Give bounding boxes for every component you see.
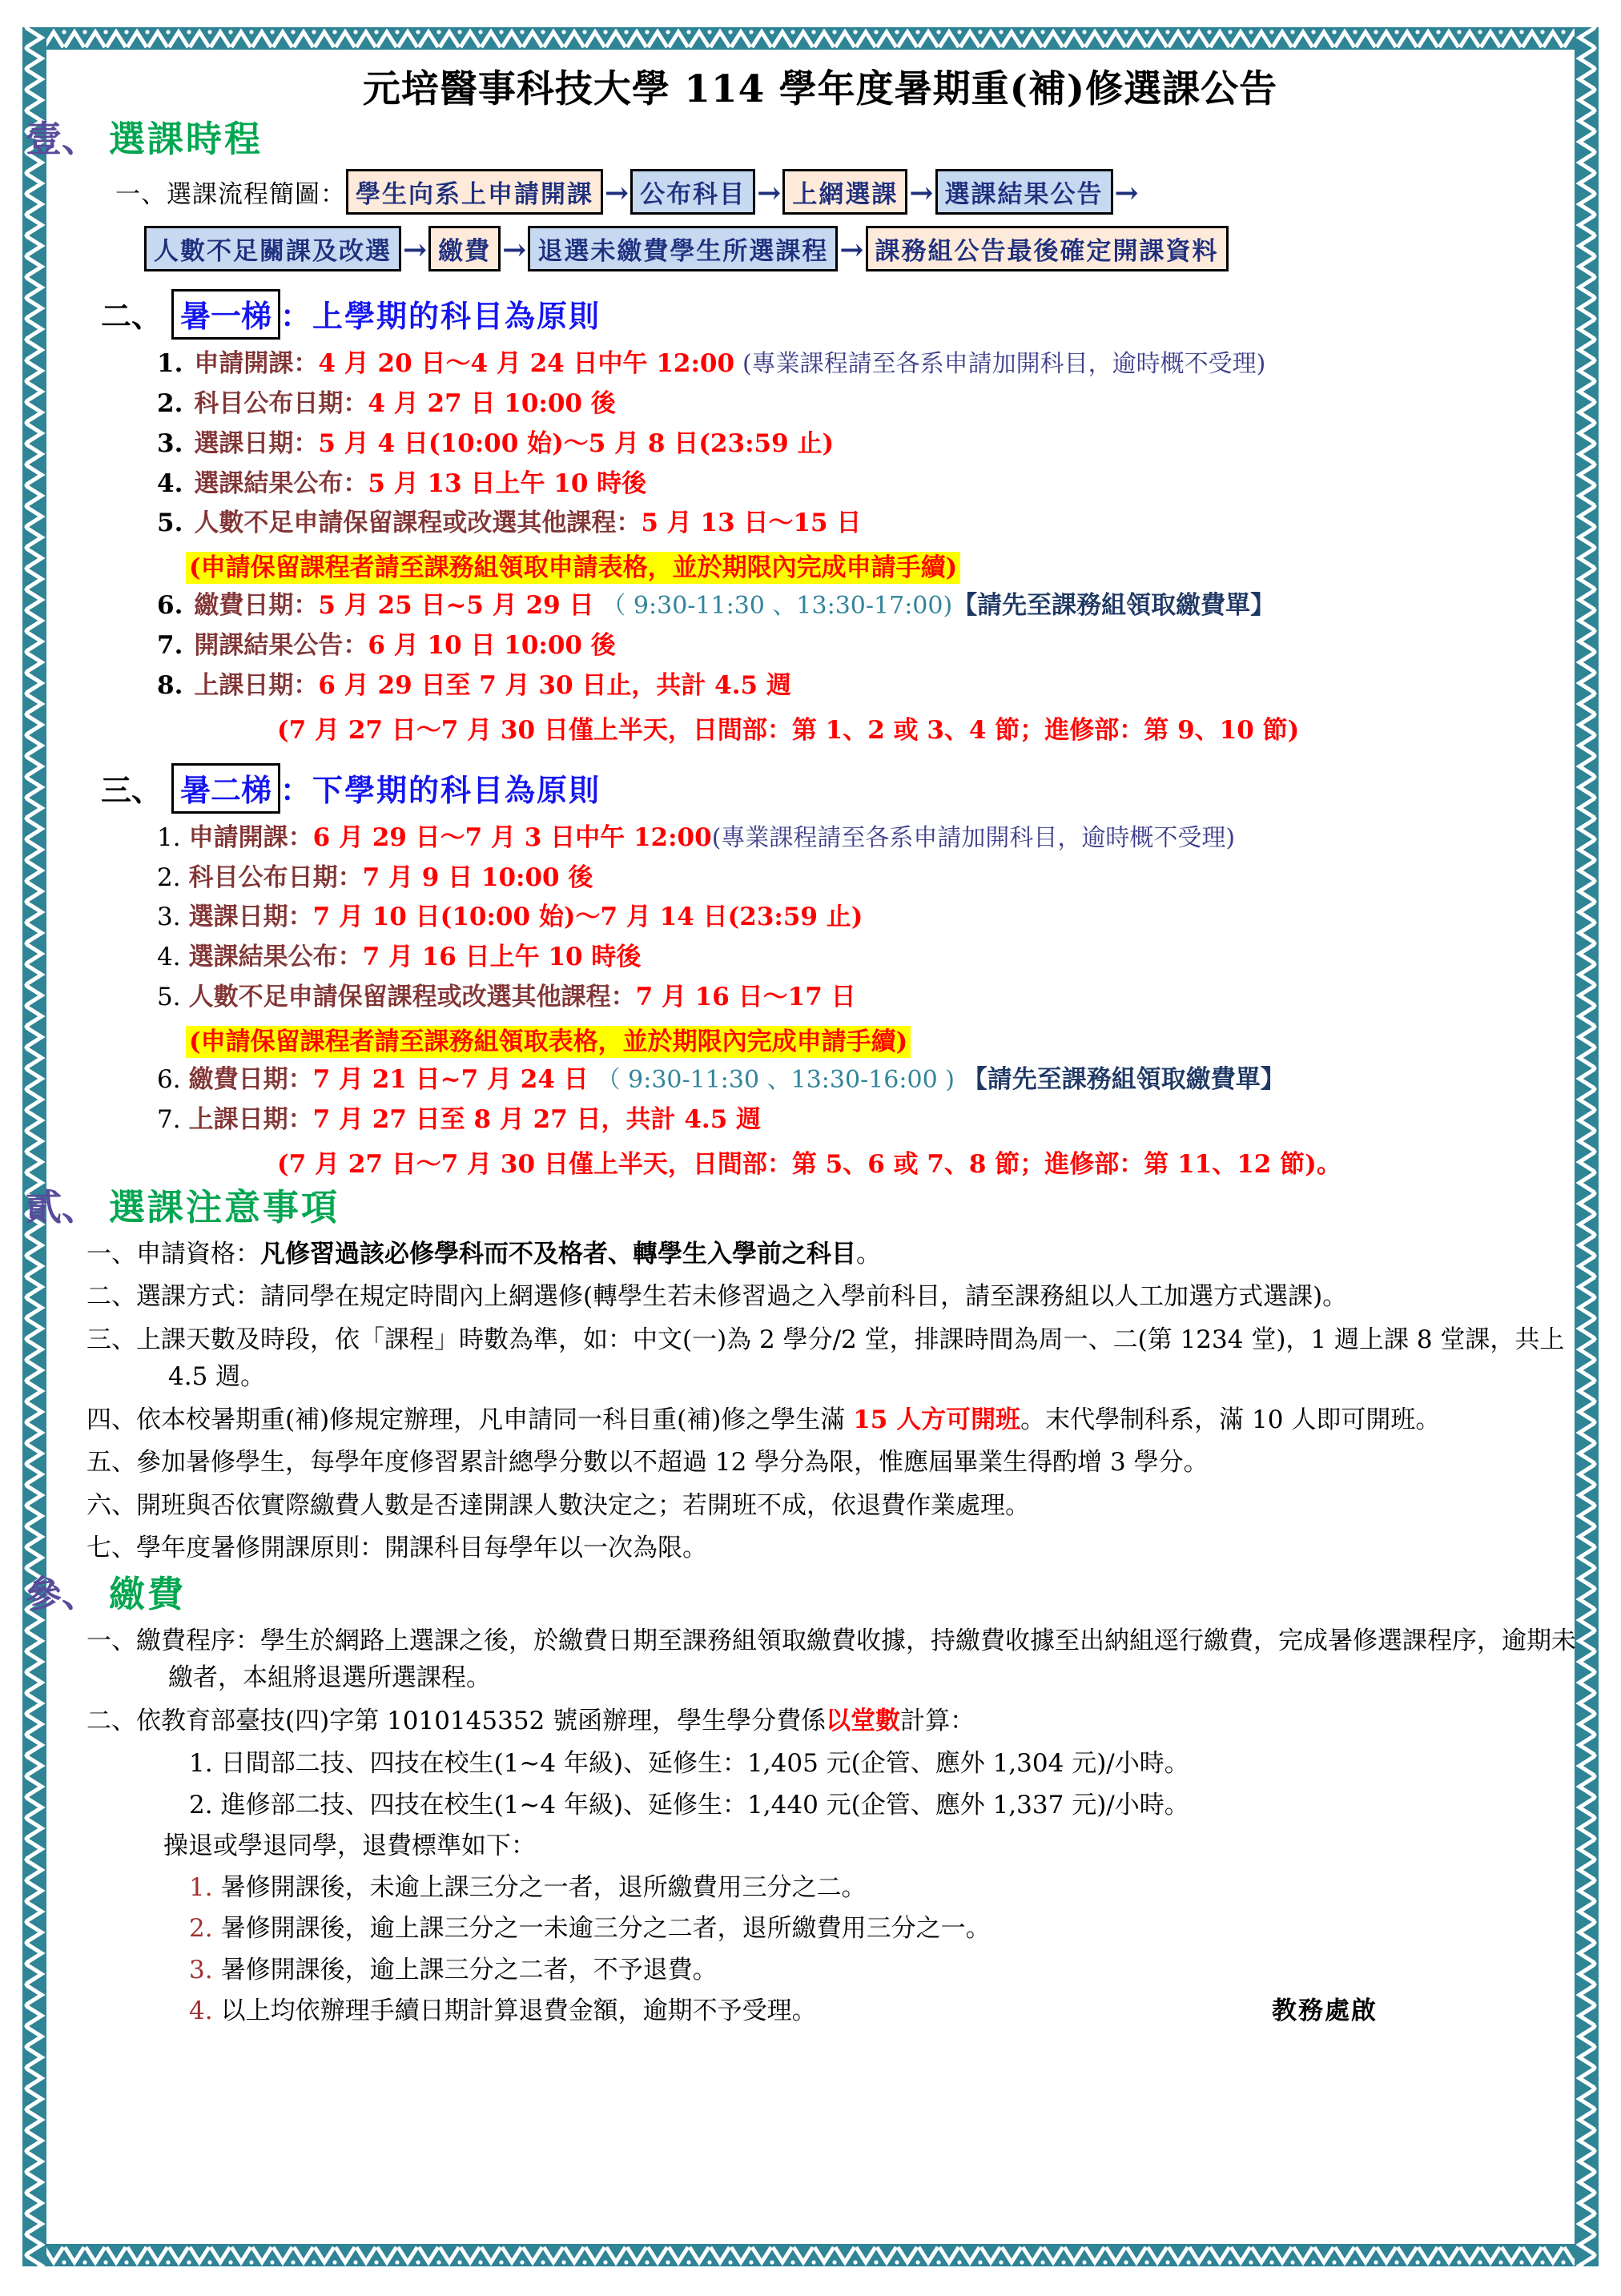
- refund-number: 2.: [189, 1914, 213, 1943]
- payment-bracket-note: 【請先至課務組領取繳費單】: [963, 1065, 1285, 1094]
- arrow-icon: →: [501, 233, 528, 267]
- payment-item: 一、繳費程序：學生於網路上選課之後，於繳費日期至課務組領取繳費收據，持繳費收據至…: [86, 1622, 1578, 1697]
- item-date: 7 月 16 日～17 日: [636, 983, 856, 1011]
- item-label: 選課日期：: [189, 903, 313, 931]
- item-label: 繳費日期：: [194, 591, 318, 620]
- notice-marker: 七、: [86, 1534, 136, 1562]
- item-date: 5 月 13 日～15 日: [641, 509, 861, 537]
- notice-item: 五、參加暑修學生，每學年度修習累計總學分數以不超過 12 學分為限，惟應屆畢業生…: [86, 1444, 1578, 1482]
- item-number: 5.: [157, 509, 183, 537]
- border-right-zigzag: [1575, 27, 1599, 2266]
- item-date: 4 月 27 日 10:00 後: [368, 389, 615, 418]
- schedule-item: 8.上課日期：6 月 29 日至 7 月 30 日止，共計 4.5 週: [157, 669, 1578, 703]
- class-time-note: (7 月 27 日～7 月 30 日僅上半天，日間部：第 5、6 或 7、8 節…: [277, 1144, 1578, 1180]
- item-date: 7 月 27 日至 8 月 27 日，共計 4.5 週: [313, 1105, 761, 1134]
- fee-number: 1.: [189, 1749, 213, 1778]
- refund-number: 3.: [189, 1956, 213, 1984]
- item-label: 選課結果公布：: [194, 469, 368, 498]
- flowchart-label: 一、選課流程簡圖：: [115, 180, 346, 209]
- payment-hours: （ 9:30-11:30 、13:30-16:00 ): [597, 1066, 955, 1094]
- fee-number: 2.: [189, 1791, 213, 1820]
- notice-marker: 一、: [86, 1627, 136, 1655]
- notice-marker: 五、: [86, 1448, 136, 1477]
- batch-heading-text: ：下學期的科目為原則: [280, 772, 601, 808]
- notice-marker: 一、: [86, 1240, 136, 1269]
- item-label: 繳費日期：: [189, 1065, 313, 1094]
- section-number: 貳、: [26, 1186, 98, 1228]
- schedule-item: 6.繳費日期：5 月 25 日~5 月 29 日 （ 9:30-11:30 、1…: [157, 589, 1578, 623]
- item-label: 科目公布日期：: [194, 389, 368, 418]
- schedule-item: 5.人數不足申請保留課程或改選其他課程：7 月 16 日～17 日: [157, 981, 1578, 1015]
- item-label: 人數不足申請保留課程或改選其他課程：: [189, 983, 636, 1011]
- item-number: 8.: [157, 671, 183, 700]
- item-date: 7 月 21 日~7 月 24 日: [313, 1065, 589, 1094]
- item-label: 上課日期：: [189, 1105, 313, 1134]
- notice-marker: 六、: [86, 1491, 136, 1520]
- item-date: 7 月 9 日 10:00 後: [363, 863, 593, 892]
- schedule-item: 2.科目公布日期：4 月 27 日 10:00 後: [157, 388, 1578, 421]
- item-number: 1.: [157, 349, 183, 378]
- notice-item: 四、依本校暑期重(補)修規定辦理，凡申請同一科目重(補)修之學生滿 15 人方可…: [86, 1401, 1578, 1439]
- refund-item: 教務處啟4.以上均依辦理手續日期計算退費金額，逾期不予受理。: [189, 1992, 1578, 2030]
- item-date: 5 月 4 日(10:00 始)～5 月 8 日(23:59 止): [318, 429, 834, 458]
- section-title: 繳費: [109, 1573, 186, 1615]
- arrow-icon: →: [755, 176, 782, 210]
- item-label: 科目公布日期：: [189, 863, 363, 892]
- section-number: 壹、: [26, 118, 98, 160]
- schedule-item: 3.選課日期：7 月 10 日(10:00 始)～7 月 14 日(23:59 …: [157, 901, 1578, 935]
- batch2-schedule-list: 1.申請開課：6 月 29 日～7 月 3 日中午 12:00(專業課程請至各系…: [157, 822, 1578, 1180]
- flowchart-row-2: 人數不足關課及改選→繳費→退選未繳費學生所選課程→課務組公告最後確定開課資料: [144, 226, 1578, 271]
- flow-box: 人數不足關課及改選: [144, 226, 401, 271]
- payment-hours: （ 9:30-11:30 、13:30-17:00): [601, 592, 952, 620]
- flow-box: 課務組公告最後確定開課資料: [866, 226, 1229, 271]
- item-number: 5.: [157, 983, 181, 1011]
- item-date: 6 月 10 日 10:00 後: [368, 631, 615, 660]
- item-number: 2.: [157, 389, 183, 418]
- item-number: 2.: [157, 863, 181, 892]
- schedule-item: 2.科目公布日期：7 月 9 日 10:00 後: [157, 862, 1578, 895]
- item-label: 選課日期：: [194, 429, 318, 458]
- arrow-icon: →: [401, 233, 428, 267]
- item-note: (專業課程請至各系申請加開科目，逾時概不受理): [742, 350, 1265, 378]
- page-title: 元培醫事科技大學 114 學年度暑期重(補)修選課公告: [62, 59, 1578, 113]
- office-signoff: 教務處啟: [1272, 1992, 1378, 2030]
- item-number: 3.: [157, 903, 181, 931]
- section-heading-2: 貳、選課注意事項: [26, 1186, 1578, 1229]
- refund-number: 1.: [189, 1873, 213, 1902]
- flow-box: 繳費: [428, 226, 501, 271]
- flowchart: 一、選課流程簡圖：學生向系上申請開課→公布科目→上網選課→選課結果公告→ 人數不…: [115, 169, 1578, 271]
- item-date: 6 月 29 日至 7 月 30 日止，共計 4.5 週: [318, 671, 790, 700]
- section-title: 選課時程: [109, 118, 263, 160]
- batch1-schedule-list: 1.申請開課：4 月 20 日～4 月 24 日中午 12:00 (專業課程請至…: [157, 348, 1578, 746]
- batch1-heading: 二、暑一梯：上學期的科目為原則: [101, 289, 1578, 340]
- batch-boxed-label: 暑一梯: [171, 289, 280, 340]
- item-date: 6 月 29 日～7 月 3 日中午 12:00: [313, 823, 712, 852]
- schedule-item: 7.上課日期：7 月 27 日至 8 月 27 日，共計 4.5 週: [157, 1104, 1578, 1137]
- item-label: 選課結果公布：: [189, 943, 363, 971]
- flow-box: 學生向系上申請開課: [346, 169, 603, 215]
- schedule-item: 1.申請開課：6 月 29 日～7 月 3 日中午 12:00(專業課程請至各系…: [157, 822, 1578, 855]
- schedule-item: 5.人數不足申請保留課程或改選其他課程：5 月 13 日～15 日: [157, 507, 1578, 541]
- payment-bracket-note: 【請先至課務組領取繳費單】: [952, 591, 1275, 620]
- batch-number: 二、: [101, 298, 162, 334]
- notice-marker: 三、: [86, 1325, 136, 1354]
- border-left-zigzag: [22, 27, 46, 2266]
- item-label: 上課日期：: [194, 671, 318, 700]
- flow-box: 上網選課: [782, 169, 907, 215]
- section-heading-3: 參、繳費: [26, 1573, 1578, 1616]
- refund-item: 3.暑修開課後，逾上課三分之二者，不予退費。: [189, 1952, 1578, 1989]
- refund-number: 4.: [189, 1996, 213, 2025]
- notice-item: 六、開班與否依實際繳費人數是否達開課人數決定之；若開班不成，依退費作業處理。: [86, 1487, 1578, 1525]
- item-date: 7 月 16 日上午 10 時後: [363, 943, 642, 971]
- arrow-icon: →: [1113, 176, 1140, 210]
- schedule-item: 4.選課結果公布：7 月 16 日上午 10 時後: [157, 941, 1578, 975]
- document-content: 元培醫事科技大學 114 學年度暑期重(補)修選課公告 壹、選課時程 一、選課流…: [62, 48, 1578, 2034]
- notice-item: 二、選課方式：請同學在規定時間內上網選修(轉學生若未修習過之入學前科目，請至課務…: [86, 1278, 1578, 1316]
- flow-box: 選課結果公告: [935, 169, 1113, 215]
- payment-item: 二、依教育部臺技(四)字第 1010145352 號函辦理，學生學分費係以堂數計…: [86, 1703, 1578, 1740]
- item-date: 5 月 13 日上午 10 時後: [368, 469, 646, 498]
- item-number: 1.: [157, 823, 181, 852]
- schedule-item: 3.選課日期：5 月 4 日(10:00 始)～5 月 8 日(23:59 止): [157, 428, 1578, 461]
- schedule-item: 6.繳費日期：7 月 21 日~7 月 24 日 （ 9:30-11:30 、1…: [157, 1064, 1578, 1097]
- arrow-icon: →: [907, 176, 935, 210]
- class-time-note: (7 月 27 日～7 月 30 日僅上半天，日間部：第 1、2 或 3、4 節…: [277, 710, 1578, 746]
- fee-item: 2.進修部二技、四技在校生(1~4 年級)、延修生：1,440 元(企管、應外 …: [189, 1787, 1578, 1824]
- notice-marker: 二、: [86, 1707, 136, 1735]
- item-number: 4.: [157, 469, 183, 498]
- arrow-icon: →: [838, 233, 865, 267]
- announcement-page: 元培醫事科技大學 114 學年度暑期重(補)修選課公告 壹、選課時程 一、選課流…: [0, 0, 1621, 2296]
- batch-boxed-label: 暑二梯: [171, 763, 280, 814]
- flow-box: 退選未繳費學生所選課程: [528, 226, 838, 271]
- item-label: 申請開課：: [194, 349, 318, 378]
- item-label: 人數不足申請保留課程或改選其他課程：: [194, 509, 641, 537]
- highlight-note: (申請保留課程者請至課務組領取表格，並於期限內完成申請手續): [186, 1021, 1578, 1057]
- highlight-note: (申請保留課程者請至課務組領取申請表格，並於期限內完成申請手續): [186, 547, 1578, 583]
- schedule-item: 4.選課結果公布：5 月 13 日上午 10 時後: [157, 468, 1578, 501]
- item-label: 申請開課：: [189, 823, 313, 852]
- section-title: 選課注意事項: [109, 1186, 340, 1228]
- border-top-zigzag: [22, 27, 1599, 50]
- item-number: 7.: [157, 1105, 181, 1134]
- fee-item: 1.日間部二技、四技在校生(1~4 年級)、延修生：1,405 元(企管、應外 …: [189, 1745, 1578, 1783]
- fee-list: 1.日間部二技、四技在校生(1~4 年級)、延修生：1,405 元(企管、應外 …: [189, 1745, 1578, 1824]
- item-label: 開課結果公告：: [194, 631, 368, 660]
- payment-list: 一、繳費程序：學生於網路上選課之後，於繳費日期至課務組領取繳費收據，持繳費收據至…: [86, 1622, 1578, 2030]
- batch-heading-text: ：上學期的科目為原則: [280, 298, 601, 334]
- notice-marker: 四、: [86, 1405, 136, 1434]
- item-number: 4.: [157, 943, 181, 971]
- batch-number: 三、: [101, 772, 162, 808]
- flowchart-row-1: 一、選課流程簡圖：學生向系上申請開課→公布科目→上網選課→選課結果公告→: [115, 169, 1578, 215]
- schedule-item: 1.申請開課：4 月 20 日～4 月 24 日中午 12:00 (專業課程請至…: [157, 348, 1578, 381]
- item-date: 5 月 25 日~5 月 29 日: [318, 591, 593, 620]
- item-date: 7 月 10 日(10:00 始)～7 月 14 日(23:59 止): [313, 903, 863, 931]
- section-heading-1: 壹、選課時程: [26, 118, 1578, 161]
- item-date: 4 月 20 日～4 月 24 日中午 12:00: [318, 349, 734, 378]
- refund-item: 1.暑修開課後，未逾上課三分之一者，退所繳費用三分之二。: [189, 1869, 1578, 1907]
- border-bottom-zigzag: [22, 2244, 1599, 2266]
- notice-item: 七、學年度暑修開課原則：開課科目每學年以一次為限。: [86, 1530, 1578, 1567]
- item-note: (專業課程請至各系申請加開科目，逾時概不受理): [712, 824, 1235, 852]
- item-number: 6.: [157, 1065, 181, 1094]
- notice-item: 一、申請資格：凡修習過該必修學科而不及格者、轉學生入學前之科目。: [86, 1236, 1578, 1273]
- notice-marker: 二、: [86, 1282, 136, 1311]
- item-number: 6.: [157, 591, 183, 620]
- notice-item: 三、上課天數及時段，依「課程」時數為準，如：中文(一)為 2 學分/2 堂，排課…: [86, 1321, 1578, 1396]
- arrow-icon: →: [603, 176, 630, 210]
- notice-list: 一、申請資格：凡修習過該必修學科而不及格者、轉學生入學前之科目。 二、選課方式：…: [86, 1236, 1578, 1567]
- item-number: 7.: [157, 631, 183, 660]
- refund-item: 2.暑修開課後，逾上課三分之一未逾三分之二者，退所繳費用三分之一。: [189, 1910, 1578, 1948]
- flow-box: 公布科目: [630, 169, 755, 215]
- batch2-heading: 三、暑二梯：下學期的科目為原則: [101, 763, 1578, 814]
- refund-intro: 操退或學退同學，退費標準如下：: [163, 1828, 1578, 1865]
- schedule-item: 7.開課結果公告：6 月 10 日 10:00 後: [157, 629, 1578, 663]
- item-number: 3.: [157, 429, 183, 458]
- section-number: 參、: [26, 1573, 98, 1615]
